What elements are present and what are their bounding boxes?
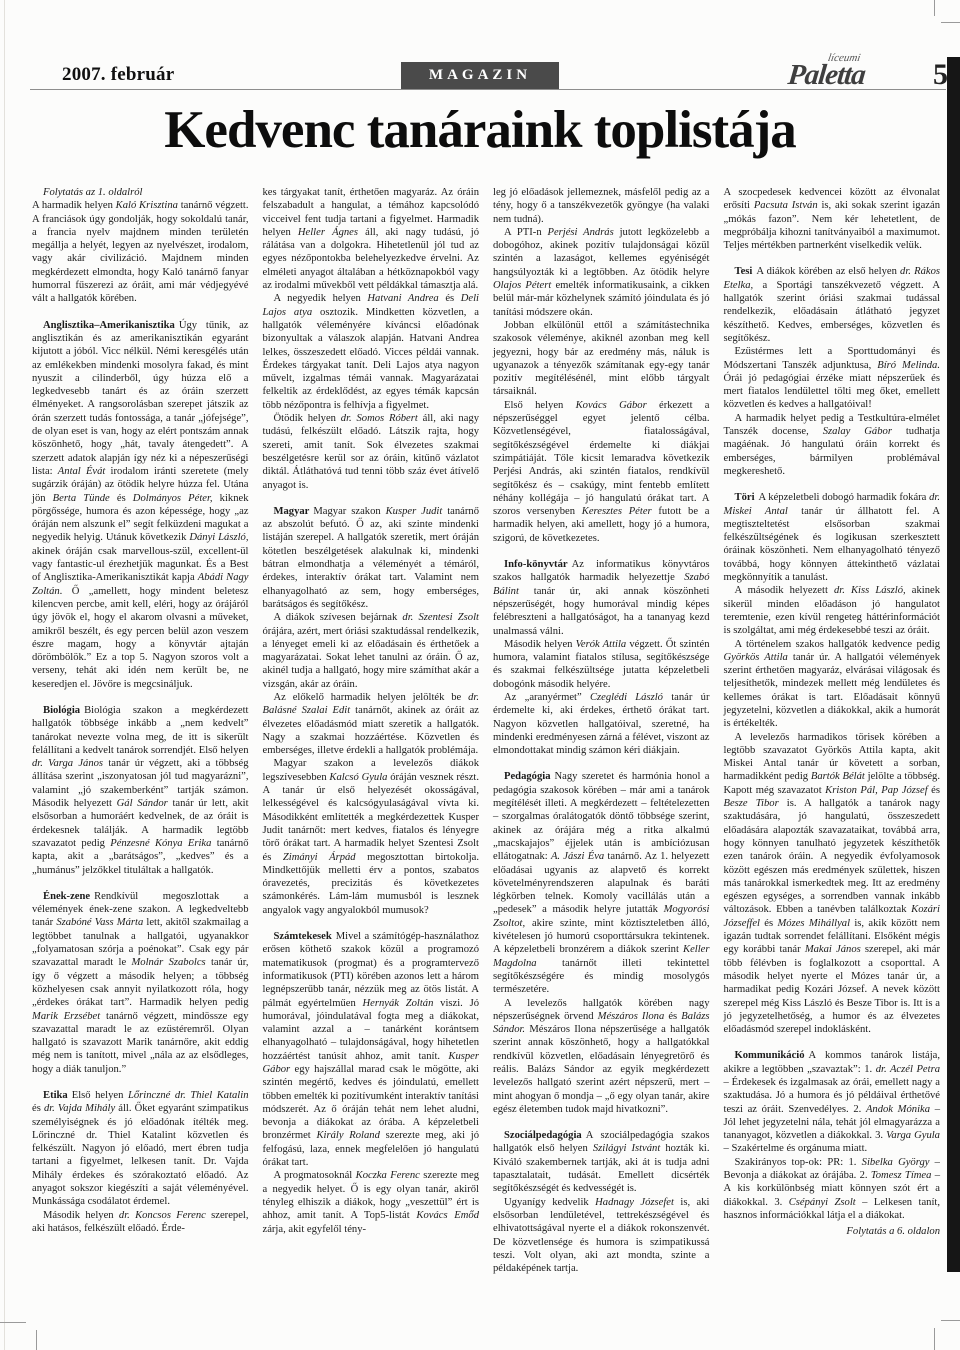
scan-edge-bar [947, 57, 960, 1272]
paragraph: Első helyen Kovács Gábor érkezett a néps… [493, 399, 710, 545]
section-heading: Ének-zene [43, 891, 94, 902]
paragraph: A PTI-n Perjési András jutott legközeleb… [493, 226, 710, 319]
paragraph: A harmadik helyet pedig a Testkultúra-el… [724, 412, 941, 478]
paragraph: A szocpedesek kedvencei között az élvona… [724, 186, 941, 252]
paragraph: Szakirányos top-ok: PR: 1. Sibelka Györg… [724, 1156, 941, 1222]
text-column-4: A szocpedesek kedvencei között az élvona… [724, 186, 941, 1275]
crop-mark [941, 1320, 960, 1321]
paragraph: A diákok szívesen bejárnak dr. Szentesi … [263, 611, 480, 691]
text-column-2: kes tárgyakat tanít, érthetően magyaráz.… [263, 186, 480, 1275]
crop-mark [0, 1322, 26, 1323]
crop-mark [934, 0, 935, 16]
article-body: Folytatás az 1. oldalról A harmadik hely… [32, 186, 940, 1275]
section-heading: Szociálpedagógia [504, 1130, 586, 1141]
paragraph: Ezüstérmes lett a Sporttudományi és Móds… [724, 345, 941, 411]
section-paragraph: TöriA képzeletbeli dobogó harmadik fokár… [724, 491, 941, 584]
section-paragraph: SzámtekesekMivel a számítógép-használath… [263, 930, 480, 1169]
section-heading: Kommunikáció [735, 1050, 809, 1061]
newspaper-page: 2007. február MAGAZIN líceumi Paletta 5 … [0, 0, 960, 1350]
section-heading: Biológia [43, 705, 84, 716]
paragraph: Második helyen dr. Koncsos Ferenc szerep… [32, 1209, 249, 1236]
section-paragraph: MagyarMagyar szakon Kusper Judit tanárnő… [263, 505, 480, 611]
paragraph: Folytatás az 1. oldalról [32, 186, 249, 199]
section-heading: Magyar [274, 506, 314, 517]
paragraph: leg jó előadások jellemeznek, másfelől p… [493, 186, 710, 226]
text-column-1: Folytatás az 1. oldalról A harmadik hely… [32, 186, 249, 1275]
section-paragraph: EtikaElső helyen Lőrinczné dr. Thiel Kat… [32, 1089, 249, 1209]
section-paragraph: BiológiaBiológia szakon a megkérdezett h… [32, 704, 249, 877]
scan-left-edge [4, 0, 5, 1350]
paragraph: Folytatás a 6. oldalon [724, 1225, 941, 1238]
section-paragraph: TesiA diákok körében az első helyen dr. … [724, 265, 941, 345]
paragraph: Ötödik helyen dr. Somos Róbert áll, aki … [263, 412, 480, 492]
section-paragraph: Ének-zeneRendkívül megoszlottak a vélemé… [32, 890, 249, 1076]
section-heading: Etika [43, 1090, 72, 1101]
paragraph: Jobban elkülönül ettől a számítástechnik… [493, 319, 710, 399]
section-paragraph: Info-könyvtárAz informatikus könyvtáros … [493, 558, 710, 638]
section-banner: MAGAZIN [401, 62, 559, 89]
page-number: 5 [933, 58, 948, 92]
section-paragraph: SzociálpedagógiaA szociálpedagógia szako… [493, 1129, 710, 1195]
paragraph: A második helyezett dr. Kiss László, aki… [724, 584, 941, 637]
section-heading: Info-könyvtár [504, 559, 572, 570]
paragraph: A negyedik helyen Hatvani Andrea és Deli… [263, 292, 480, 412]
paragraph: Magyar szakon a levelezős diákok legszív… [263, 757, 480, 917]
text-column-3: leg jó előadások jellemeznek, másfelől p… [493, 186, 710, 1275]
section-heading: Pedagógia [504, 771, 555, 782]
paragraph: Az „aranyérmet” Czeglédi László tanár úr… [493, 691, 710, 757]
section-heading: Anglisztika–Amerikanisztika [43, 320, 179, 331]
section-paragraph: Anglisztika–AmerikanisztikaÚgy tűnik, az… [32, 319, 249, 691]
paragraph: A harmadik helyen Kaló Krisztina tanárnő… [32, 199, 249, 305]
crop-mark [941, 22, 960, 23]
section-label: MAGAZIN [429, 67, 531, 84]
paragraph: A történelem szakos hallgatók kedvence p… [724, 638, 941, 731]
paragraph: Az előkelő harmadik helyen jelölték be d… [263, 691, 480, 757]
paletta-logo: líceumi Paletta [788, 58, 908, 92]
section-heading: Töri [735, 492, 759, 503]
paragraph: A levelezős harmadikos törisek körében a… [724, 731, 941, 1037]
crop-mark [36, 1330, 37, 1350]
logo-script-text: Paletta [786, 59, 866, 92]
crop-mark [934, 1328, 935, 1350]
section-paragraph: KommunikációA kommos tanárok listája, ak… [724, 1049, 941, 1155]
paragraph: A levelezős hallgatók körében nagy népsz… [493, 997, 710, 1117]
paragraph: Második helyen Verók Attila végzett. Őt … [493, 638, 710, 691]
section-heading: Számtekesek [274, 931, 336, 942]
section-paragraph: PedagógiaNagy szeretet és harmónia honol… [493, 770, 710, 996]
section-heading: Tesi [735, 266, 757, 277]
paragraph: kes tárgyakat tanít, érthetően magyaráz.… [263, 186, 480, 292]
issue-date: 2007. február [62, 64, 174, 86]
article-title: Kedvenc tanáraink toplistája [0, 100, 960, 160]
paragraph: Ugyanígy kedvelik Hadnagy Józsefet is, a… [493, 1196, 710, 1276]
paragraph: A progmatosoknál Koczka Ferenc szerezte … [263, 1169, 480, 1235]
